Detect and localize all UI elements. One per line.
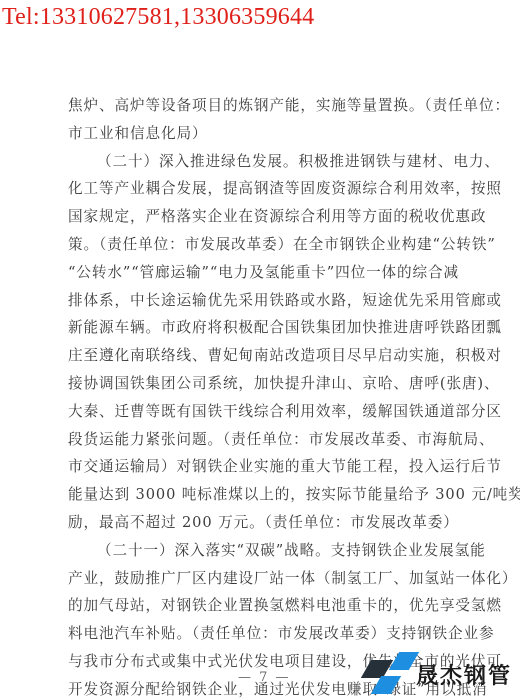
section-heading-line: （二十一）深入落实“双碳”战略。支持钢铁企业发展氢能 (68, 537, 460, 565)
text-line: 市交通运输局）对钢铁企业实施的重大节能工程，投入运行后节 (68, 453, 460, 481)
text-line: 市工业和信息化局） (68, 120, 460, 148)
text-line: 大秦、迁曹等既有国铁干线综合利用效率，缓解国铁通道部分区 (68, 398, 460, 426)
logo-mark-blue-icon (389, 652, 419, 670)
text-line: 段货运能力紧张问题。（责任单位：市发展改革委、市海航局、 (68, 426, 460, 454)
text-line: “公转水”“管廊运输”“电力及氢能重卡”四位一体的综合减 (68, 259, 460, 287)
text-line: 焦炉、高炉等设备项目的炼钢产能，实施等量置换。（责任单位： (68, 92, 460, 120)
text-line: 励，最高不超过 200 万元。（责任单位：市发展改革委） (68, 509, 460, 537)
text-line: 排体系，中长途运输优先采用铁路或水路，短途优先采用管廊或 (68, 287, 460, 315)
logo-mark-blue-icon (371, 676, 401, 694)
section-heading-line: （二十）深入推进绿色发展。积极推进钢铁与建材、电力、 (68, 148, 460, 176)
document-body: 焦炉、高炉等设备项目的炼钢产能，实施等量置换。（责任单位： 市工业和信息化局） … (68, 92, 460, 700)
page-number: — 7 — (238, 670, 291, 685)
text-line: 化工等产业耦合发展，提高钢渣等固废资源综合利用效率，按照 (68, 175, 460, 203)
text-line: 接协调国铁集团公司系统，加快提升津山、京哈、唐呼(张唐)、 (68, 370, 460, 398)
text-line: 的加气母站，对钢铁企业置换氢燃料电池重卡的，优先享受氢燃 (68, 592, 460, 620)
contact-phone-watermark: Tel:13310627581,13306359644 (2, 0, 314, 34)
company-logo: 晟杰钢管 (358, 650, 518, 696)
logo-name: 晟杰钢管 (416, 659, 512, 690)
text-line: 国家规定，严格落实企业在资源综合利用等方面的税收优惠政 (68, 203, 460, 231)
text-line: 新能源车辆。市政府将积极配合国铁集团加快推进唐呼铁路团瓢 (68, 314, 460, 342)
text-line: 料电池汽车补贴。（责任单位：市发展改革委）支持钢铁企业参 (68, 620, 460, 648)
text-line: 庄至遵化南联络线、曹妃甸南站改造项目尽早启动实施，积极对 (68, 342, 460, 370)
text-line: 策。（责任单位：市发展改革委）在全市钢铁企业构建“公转铁” (68, 231, 460, 259)
text-line: 产业，鼓励推广厂区内建设厂站一体（制氢工厂、加氢站一体化） (68, 565, 460, 593)
text-line: 能量达到 3000 吨标准煤以上的，按实际节能量给予 300 元/吨奖 (68, 481, 460, 509)
